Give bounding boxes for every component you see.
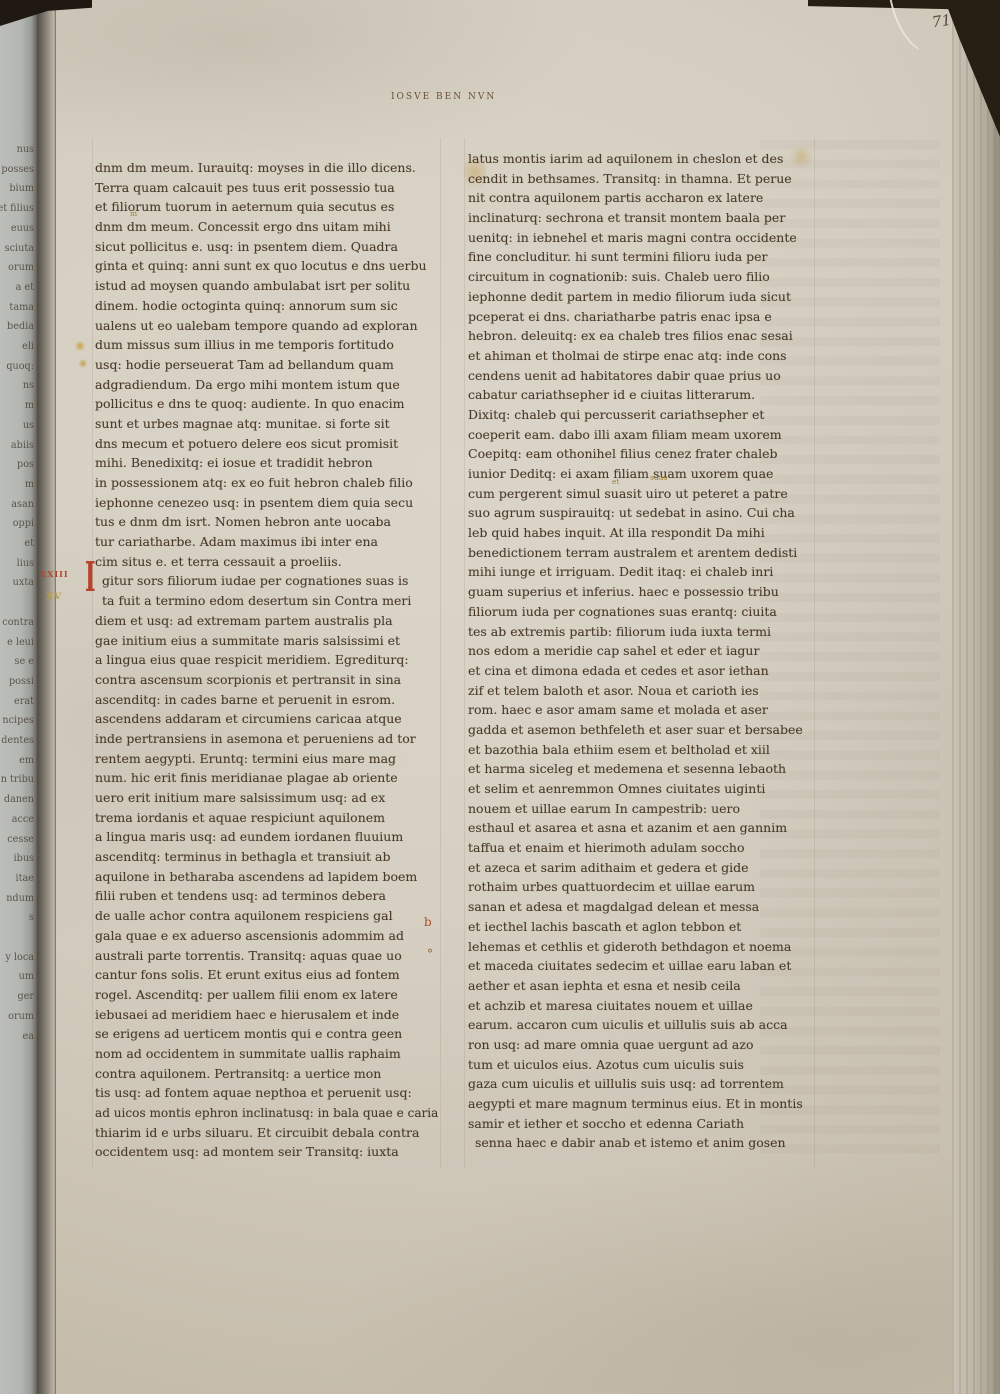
text-line: latus montis iarim ad aquilonem in chesl… (468, 149, 811, 169)
text-line: iunior Deditq: ei axam filiam suam uxore… (468, 464, 811, 484)
text-line: cendit in bethsames. Transitq: in thamna… (468, 169, 811, 189)
text-line: ta fuit a termino edom desertum sin Cont… (102, 591, 438, 611)
text-line: et iecthel lachis bascath et aglon tebbo… (468, 917, 811, 937)
facing-page-fragment: e leui (0, 636, 34, 648)
text-line: in possessionem atq: ex eo fuit hebron c… (95, 473, 438, 493)
facing-page-fragment: m (0, 399, 34, 411)
facing-page-fragment: abiis (0, 439, 34, 451)
facing-page-fragment: itae (0, 872, 34, 884)
facing-page-fragment: et (0, 537, 34, 549)
facing-page-fragment: bedia (0, 320, 34, 332)
facing-page-fragment: dentes (0, 734, 34, 746)
text-line: ascenditq: terminus in bethagla et trans… (95, 847, 438, 867)
facing-page-fragment: danen (0, 793, 34, 805)
text-line: gala quae e ex aduerso ascensionis adomm… (95, 926, 438, 946)
fore-edge-pages (952, 0, 1000, 1394)
facing-page-fragment: ibus (0, 852, 34, 864)
facing-page-fragment: y loca (0, 951, 34, 963)
facing-page-fragment: bium (0, 182, 34, 194)
text-line: dum missus sum illius in me temporis for… (95, 335, 438, 355)
text-line: leb quid habes inquit. At illa respondit… (468, 523, 811, 543)
text-line: et filiorum tuorum in aeternum quia secu… (95, 197, 438, 217)
text-line: et azeca et sarim adithaim et gedera et … (468, 858, 811, 878)
text-line: tur cariatharbe. Adam maximus ibi inter … (95, 532, 438, 552)
text-line: adgradiendum. Da ergo mihi montem istum … (95, 375, 438, 395)
facing-page-fragment: posses (0, 163, 34, 175)
text-line: gaza cum uiculis et uillulis suis usq: a… (468, 1074, 811, 1094)
text-line: mihi. Benedixitq: ei iosue et tradidit h… (95, 453, 438, 473)
text-line: nit contra aquilonem partis accharon ex … (468, 188, 811, 208)
text-line: ad uicos montis ephron inclinatusq: in b… (95, 1103, 426, 1123)
facing-page-fragment: uxta (0, 576, 34, 588)
text-line: sanan et adesa et magdalgad delean et me… (468, 897, 811, 917)
text-line: senna haec e dabir anab et istemo et ani… (475, 1133, 811, 1153)
text-line: diem et usq: ad extremam partem australi… (95, 611, 438, 631)
text-line: sicut pollicitus e. usq: in psentem diem… (95, 237, 438, 257)
text-line: aegypti et mare magnum terminus eius. Et… (468, 1094, 811, 1114)
text-line: aquilone in betharaba ascendens ad lapid… (95, 867, 438, 887)
text-line: occidentem usq: ad montem seir Transitq:… (95, 1142, 438, 1162)
interlinear-gloss: suus (650, 473, 667, 482)
facing-page-fragment: em (0, 754, 34, 766)
text-line: iephonne dedit partem in medio filiorum … (468, 287, 811, 307)
text-line: et maceda ciuitates sedecim et uillae ea… (468, 956, 811, 976)
text-line: guam superius et inferius. haec e posses… (468, 582, 811, 602)
text-line: Dixitq: chaleb qui percusserit cariathse… (468, 405, 811, 425)
gutter-shadow (38, 0, 58, 1394)
text-line: nouem et uillae earum In campestrib: uer… (468, 799, 811, 819)
text-line: cabatur cariathsepher id e ciuitas litte… (468, 385, 811, 405)
text-line: filii ruben et tendens usq: ad terminos … (95, 886, 438, 906)
interlinear-gloss: m̃ (130, 209, 137, 218)
folio-number: 71 (931, 11, 952, 31)
text-line: et cina et dimona edada et cedes et asor… (468, 661, 811, 681)
text-line: a lingua eius quae respicit meridiem. Eg… (95, 650, 438, 670)
text-line: aether et asan iephta et esna et nesib c… (468, 976, 811, 996)
text-line: cendens uenit ad habitatores dabir quae … (468, 366, 811, 386)
text-line: et harma siceleg et medemena et sesenna … (468, 759, 811, 779)
facing-page-fragment: ger (0, 990, 34, 1002)
text-line: trema iordanis et aquae respiciunt aquil… (95, 808, 438, 828)
text-line: cantur fons solis. Et erunt exitus eius … (95, 965, 438, 985)
text-line: usq: hodie perseuerat Tam ad bellandum q… (95, 355, 438, 375)
text-line: sunt et urbes magnae atq: munitae. si fo… (95, 414, 438, 434)
text-line: inclinaturq: sechrona et transit montem … (468, 208, 811, 228)
facing-page-fragment: contra (0, 616, 34, 628)
ruling-line (464, 138, 465, 1168)
interlinear-gloss: et (612, 477, 619, 486)
text-line: esthaul et asarea et asna et azanim et a… (468, 818, 811, 838)
text-line: ginta et quinq: anni sunt ex quo locutus… (95, 256, 438, 276)
text-line: gitur sors filiorum iudae per cognatione… (102, 571, 438, 591)
text-line: fine concluditur. hi sunt termini filior… (468, 247, 811, 267)
facing-page-fragment: um (0, 970, 34, 982)
text-line: gadda et asemon bethfeleth et aser suar … (468, 720, 811, 740)
text-line: Terra quam calcauit pes tuus erit posses… (95, 178, 438, 198)
text-line: earum. accaron cum uiculis et uillulis s… (468, 1015, 811, 1035)
stain (78, 359, 88, 368)
text-line: coeperit eam. dabo illi axam filiam meam… (468, 425, 811, 445)
text-line: dnm dm meum. Iurauitq: moyses in die ill… (95, 158, 438, 178)
facing-page-fragment: ndum (0, 892, 34, 904)
text-line: ascenditq: in cades barne et peruenit in… (95, 690, 438, 710)
text-line: istud ad moysen quando ambulabat isrt pe… (95, 276, 438, 296)
text-line: ron usq: ad mare omnia quae uergunt ad a… (468, 1035, 811, 1055)
text-line: rentem aegypti. Eruntq: termini eius mar… (95, 749, 438, 769)
text-line: et ahiman et tholmai de stirpe enac atq:… (468, 346, 811, 366)
facing-page-fragment: quoq: (0, 360, 34, 372)
text-line: contra ascensum scorpionis et pertransit… (95, 670, 438, 690)
text-line: tus e dnm dm isrt. Nomen hebron ante uoc… (95, 512, 438, 532)
facing-page-fragment: erat (0, 695, 34, 707)
text-line: et selim et aenremmon Omnes ciuitates ui… (468, 779, 811, 799)
ruling-line (440, 138, 441, 1168)
facing-page-fragment: orum (0, 1010, 34, 1022)
text-line: taffua et enaim et hierimoth adulam socc… (468, 838, 811, 858)
facing-page-fragment: possi (0, 675, 34, 687)
text-line: gae initium eius a summitate maris salsi… (95, 631, 438, 651)
facing-page-fragment: eli (0, 340, 34, 352)
text-line: ualens ut eo ualebam tempore quando ad e… (95, 316, 438, 336)
text-line: uenitq: in iebnehel et maris magni contr… (468, 228, 811, 248)
facing-page-fragment: se e (0, 655, 34, 667)
ruling-line (92, 138, 93, 1168)
text-line: dns mecum et potuero delere eos sicut pr… (95, 434, 438, 454)
text-line: australi parte torrentis. Transitq: aqua… (95, 946, 438, 966)
facing-page-fragment: s (0, 911, 34, 923)
chapter-initial: I (85, 556, 96, 598)
column-left: dnm dm meum. Iurauitq: moyses in die ill… (95, 158, 438, 1162)
text-line: num. hic erit finis meridianae plagae ab… (95, 768, 438, 788)
text-line: cum pergerent simul suasit uiro ut peter… (468, 484, 811, 504)
text-line: suo agrum suspirauitq: ut sedebat in asi… (468, 503, 811, 523)
text-line: contra aquilonem. Pertransitq: a uertice… (95, 1064, 438, 1084)
text-line: de ualle achor contra aquilonem respicie… (95, 906, 438, 926)
facing-page-edge: nuspossesbiumet filiuseuussciutaoruma et… (0, 0, 38, 1394)
manuscript-photo: nuspossesbiumet filiuseuussciutaoruma et… (0, 0, 1000, 1394)
facing-page-fragment: orum (0, 261, 34, 273)
text-line: thiarim id e urbs siluaru. Et circuibit … (95, 1123, 438, 1143)
chapter-number-secondary: xv (46, 588, 62, 602)
text-line: inde pertransiens in asemona et peruenie… (95, 729, 438, 749)
facing-page-fragment: ea (0, 1030, 34, 1042)
text-line: ascendens addaram et circumiens caricaa … (95, 709, 438, 729)
text-line: dnm dm meum. Concessit ergo dns uitam mi… (95, 217, 438, 237)
facing-page-fragment: sciuta (0, 242, 34, 254)
margin-mark: ° (427, 947, 433, 961)
text-line: rom. haec e asor amam same et molada et … (468, 700, 811, 720)
margin-mark: b (424, 915, 432, 929)
facing-page-fragment: m (0, 478, 34, 490)
facing-page-fragment: oppi (0, 517, 34, 529)
running-title: IOSVE BEN NVN (391, 92, 496, 102)
facing-page-fragment: ncipes (0, 714, 34, 726)
text-line: pollicitus e dns te quoq: audiente. In q… (95, 394, 438, 414)
text-line: hebron. deleuitq: ex ea chaleb tres fili… (468, 326, 811, 346)
facing-page-fragment: acce (0, 813, 34, 825)
text-line: iephonne cenezeo usq: in psentem diem qu… (95, 493, 438, 513)
text-line: tum et uiculos eius. Azotus cum uiculis … (468, 1055, 811, 1075)
text-line: Coepitq: eam othonihel filius cenez frat… (468, 444, 811, 464)
text-line: zif et telem baloth et asor. Noua et car… (468, 681, 811, 701)
text-line: rothaim urbes quattuordecim et uillae ea… (468, 877, 811, 897)
text-line: dinem. hodie octoginta quinq: annorum su… (95, 296, 438, 316)
facing-page-fragment: pos (0, 458, 34, 470)
text-line: et achzib et maresa ciuitates nouem et u… (468, 996, 811, 1016)
text-line: filiorum iuda per cognationes suas erant… (468, 602, 811, 622)
text-line: pceperat ei dns. chariatharbe patris ena… (468, 307, 811, 327)
text-line: cim situs e. et terra cessauit a proelii… (95, 552, 438, 572)
stain (74, 341, 86, 351)
facing-page-fragment: lius (0, 557, 34, 569)
facing-page-fragment: tama (0, 301, 34, 313)
facing-page-fragment: et filius (0, 202, 34, 214)
text-line: a lingua maris usq: ad eundem iordanen f… (95, 827, 438, 847)
text-line: tis usq: ad fontem aquae nepthoa et peru… (95, 1083, 438, 1103)
text-line: tes ab extremis partib: filiorum iuda iu… (468, 622, 811, 642)
text-line: uero erit initium mare salsissimum usq: … (95, 788, 438, 808)
facing-page-fragment: asan (0, 498, 34, 510)
facing-page-fragment: euus (0, 222, 34, 234)
text-line: iebusaei ad meridiem haec e hierusalem e… (95, 1005, 438, 1025)
column-right: latus montis iarim ad aquilonem in chesl… (468, 149, 811, 1153)
facing-page-fragment: ns (0, 379, 34, 391)
text-line: et bazothia bala ethiim esem et belthola… (468, 740, 811, 760)
text-line: rogel. Ascenditq: per uallem filii enom … (95, 985, 438, 1005)
text-line: nom ad occidentem in summitate uallis ra… (95, 1044, 438, 1064)
text-line: mihi iunge et irriguam. Dedit itaq: ei c… (468, 562, 811, 582)
chapter-number: xxiii (40, 566, 69, 580)
facing-page-fragment: a et (0, 281, 34, 293)
text-line: benedictionem terram australem et arente… (468, 543, 811, 563)
facing-page-fragment: nus (0, 143, 34, 155)
facing-page-fragment: us (0, 419, 34, 431)
facing-page-fragment: n tribu (0, 773, 34, 785)
text-line: lehemas et cethlis et gideroth bethdagon… (468, 937, 811, 957)
text-line: se erigens ad uerticem montis qui e cont… (95, 1024, 438, 1044)
text-line: nos edom a meridie cap sahel et eder et … (468, 641, 811, 661)
facing-page-fragment: cesse (0, 833, 34, 845)
text-line: samir et iether et soccho et edenna Cari… (468, 1114, 811, 1134)
text-line: circuitum in cognationib: suis. Chaleb u… (468, 267, 811, 287)
